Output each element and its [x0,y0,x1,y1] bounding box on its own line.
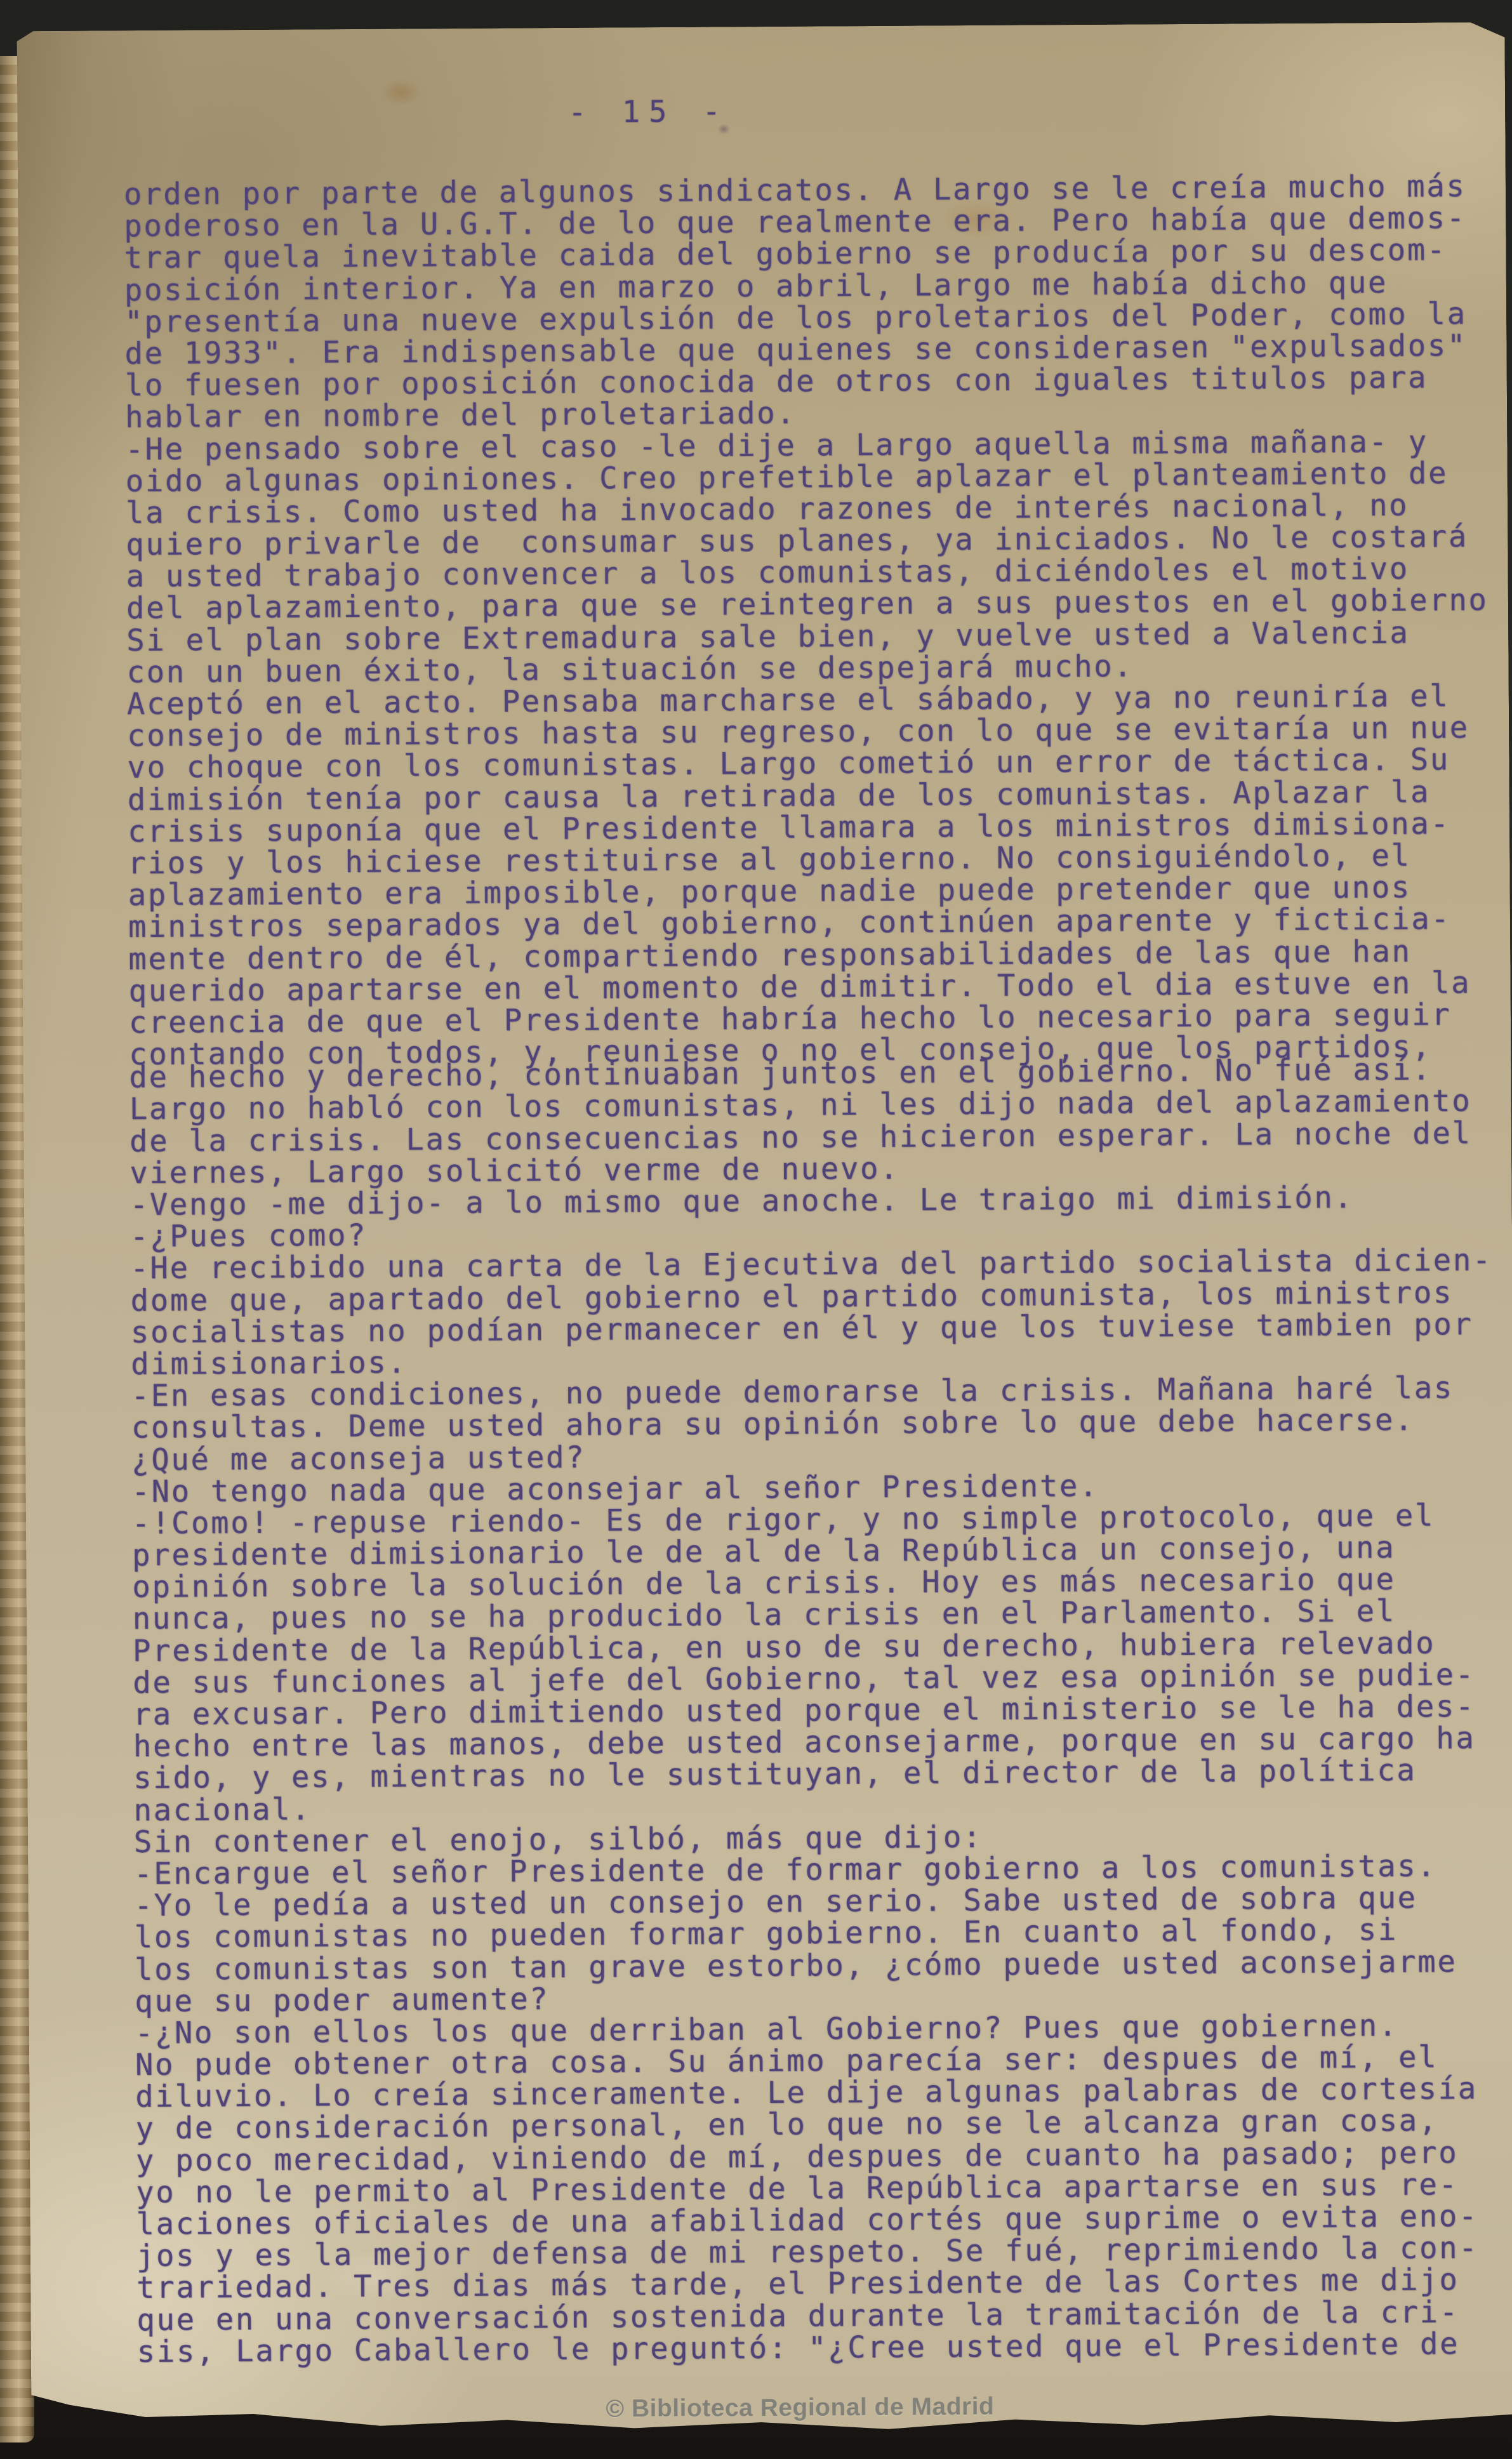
text-line: sis, Largo Caballero le preguntó: "¿Cree… [137,2328,1512,2368]
text-line: -Vengo -me dijo- a lo mismo que anoche. … [130,1181,1512,1221]
paper-stain [373,73,430,112]
text-line: los comunistas son tan grave estorbo, ¿c… [135,1945,1512,1985]
library-watermark: © Biblioteca Regional de Madrid [606,2393,994,2423]
page-number: - 15 - [568,94,729,130]
typewritten-text: orden por parte de algunos sindicatos. A… [124,171,1512,2368]
document-page: - 15 - orden por parte de algunos sindic… [17,22,1512,2437]
text-line: socialistas no podían permanecer en él y… [131,1309,1512,1349]
scanned-document-viewer: { "document": { "page_number": "- 15 -",… [0,0,1512,2459]
